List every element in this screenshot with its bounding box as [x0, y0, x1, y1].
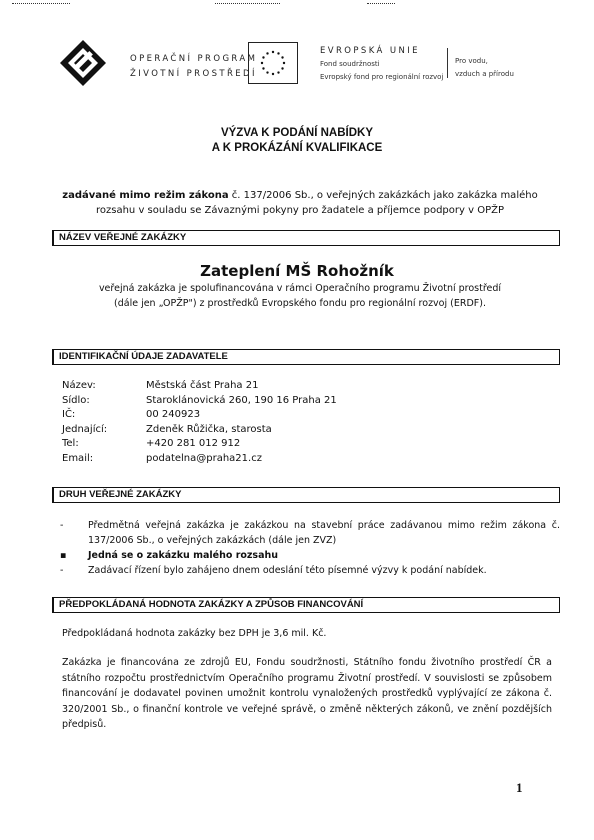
bullet-icon: ▪	[60, 548, 88, 563]
detail-label: Email:	[62, 452, 146, 467]
page-number: 1	[516, 780, 523, 796]
estimated-value-text: Předpokládaná hodnota zakázky bez DPH je…	[62, 628, 326, 639]
detail-label: IČ:	[62, 408, 146, 423]
financing-text: Zakázka je financována ze zdrojů EU, Fon…	[62, 655, 552, 733]
opzp-logo-text: OPERAČNÍ PROGRAM ŽIVOTNÍ PROSTŘEDÍ	[130, 52, 257, 82]
bullet-icon: -	[60, 518, 88, 548]
detail-label: Sídlo:	[62, 394, 146, 409]
section-heading-name: NÁZEV VEŘEJNÉ ZAKÁZKY	[52, 230, 560, 246]
detail-row: Název:Městská část Praha 21	[62, 379, 337, 394]
list-item: -Předmětná veřejná zakázka je zakázkou n…	[60, 518, 560, 548]
detail-value: Městská část Praha 21	[146, 379, 258, 394]
intro-text: zadávané mimo režim zákona č. 137/2006 S…	[50, 188, 550, 218]
bullet-icon: -	[60, 563, 88, 578]
detail-value: 00 240923	[146, 408, 200, 423]
section-heading-value: PŘEDPOKLÁDANÁ HODNOTA ZAKÁZKY A ZPŮSOB F…	[52, 597, 560, 613]
detail-row: IČ:00 240923	[62, 408, 337, 423]
contract-type-list: -Předmětná veřejná zakázka je zakázkou n…	[60, 518, 560, 578]
section-heading-type: DRUH VEŘEJNÉ ZAKÁZKY	[52, 487, 560, 503]
detail-row: Sídlo:Staroklánovická 260, 190 16 Praha …	[62, 394, 337, 409]
motto-text: Pro vodu, vzduch a přírodu	[455, 55, 514, 81]
scan-artifact	[215, 3, 280, 5]
detail-value: Staroklánovická 260, 190 16 Praha 21	[146, 394, 337, 409]
scan-artifact	[367, 3, 395, 5]
project-name: Zateplení MŠ Rohožník	[0, 262, 594, 280]
list-item-text: Předmětná veřejná zakázka je zakázkou na…	[88, 518, 560, 548]
list-item-text: Jedná se o zakázku malého rozsahu	[88, 548, 560, 563]
project-description: veřejná zakázka je spolufinancována v rá…	[60, 281, 540, 311]
detail-value: podatelna@praha21.cz	[146, 452, 262, 467]
detail-row: Email:podatelna@praha21.cz	[62, 452, 337, 467]
list-item-text: Zadávací řízení bylo zahájeno dnem odesl…	[88, 563, 560, 578]
document-title: VÝZVA K PODÁNÍ NABÍDKY A K PROKÁZÁNÍ KVA…	[0, 126, 594, 156]
detail-value: Zdeněk Růžička, starosta	[146, 423, 272, 438]
list-item: ▪Jedná se o zakázku malého rozsahu	[60, 548, 560, 563]
detail-label: Jednající:	[62, 423, 146, 438]
detail-row: Tel:+420 281 012 912	[62, 437, 337, 452]
detail-value: +420 281 012 912	[146, 437, 240, 452]
detail-row: Jednající:Zdeněk Růžička, starosta	[62, 423, 337, 438]
detail-label: Tel:	[62, 437, 146, 452]
eu-flag-icon	[248, 42, 298, 84]
header-divider	[447, 48, 448, 78]
detail-label: Název:	[62, 379, 146, 394]
contracting-authority-details: Název:Městská část Praha 21Sídlo:Starokl…	[62, 379, 337, 466]
scan-artifact	[12, 3, 70, 5]
eu-logo-text: EVROPSKÁ UNIE Fond soudržnosti Evropský …	[320, 45, 443, 84]
list-item: -Zadávací řízení bylo zahájeno dnem odes…	[60, 563, 560, 578]
opzp-logo-icon	[58, 38, 108, 88]
section-heading-identification: IDENTIFIKAČNÍ ÚDAJE ZADAVATELE	[52, 349, 560, 365]
